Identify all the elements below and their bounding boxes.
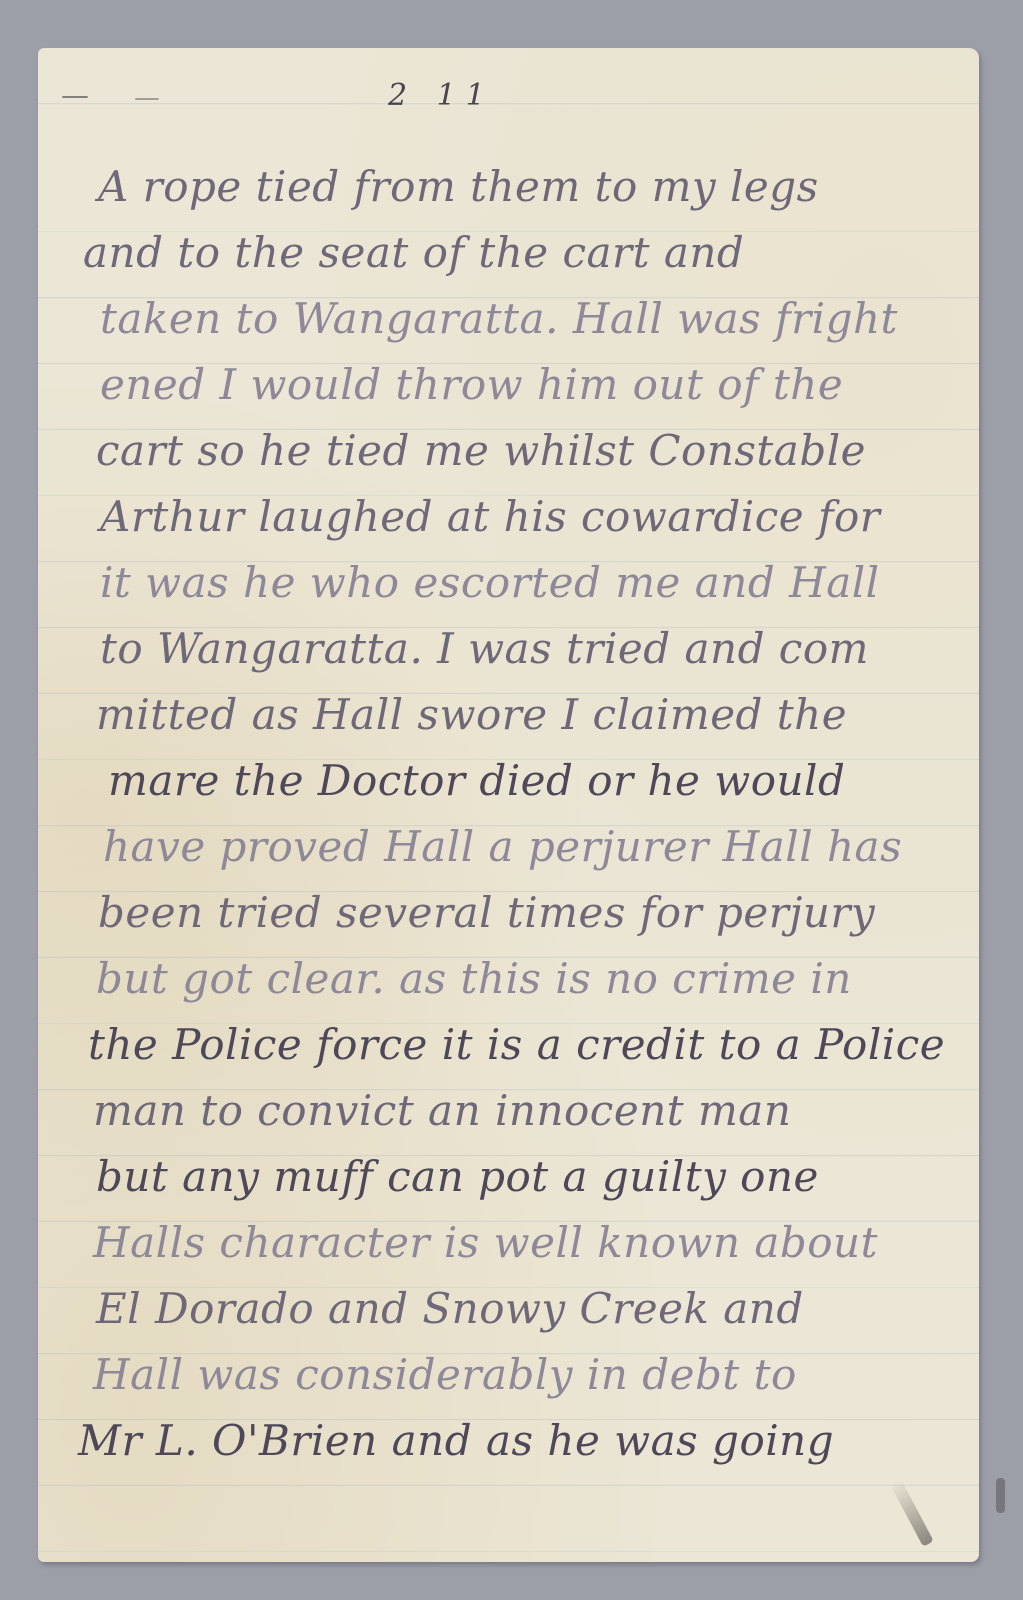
ink-stain [890, 1479, 933, 1546]
text-line: Mr L. O'Brien and as he was going [78, 1408, 834, 1474]
text-line: and to the seat of the cart and [83, 220, 744, 286]
text-line: to Wangaratta. I was tried and com [100, 616, 869, 682]
text-line: taken to Wangaratta. Hall was fright [100, 286, 898, 352]
text-line: but any muff can pot a guilty one [96, 1144, 819, 1210]
text-line: mare the Doctor died or he would [108, 748, 845, 814]
text-line: been tried several times for perjury [98, 880, 875, 946]
margin-dash-mark [62, 96, 88, 98]
text-line: El Dorado and Snowy Creek and [96, 1276, 804, 1342]
page-number: 2 11 [388, 78, 495, 113]
text-line: Halls character is well known about [93, 1210, 878, 1276]
text-line: Arthur laughed at his cowardice for [100, 484, 880, 550]
text-line: mitted as Hall swore I claimed the [96, 682, 847, 748]
letter-page: 2 11 A rope tied from them to my legs an… [38, 48, 979, 1562]
text-line: man to convict an innocent man [93, 1078, 791, 1144]
text-line: Hall was considerably in debt to [93, 1342, 797, 1408]
ink-stain [996, 1478, 1005, 1513]
text-line: it was he who escorted me and Hall [100, 550, 880, 616]
text-line: A rope tied from them to my legs [98, 154, 819, 220]
text-line: ened I would throw him out of the [100, 352, 843, 418]
text-line: cart so he tied me whilst Constable [96, 418, 866, 484]
text-line: have proved Hall a perjurer Hall has [103, 814, 902, 880]
text-line: the Police force it is a credit to a Pol… [88, 1012, 945, 1078]
text-line: but got clear. as this is no crime in [96, 946, 852, 1012]
margin-dash-mark [135, 98, 159, 100]
